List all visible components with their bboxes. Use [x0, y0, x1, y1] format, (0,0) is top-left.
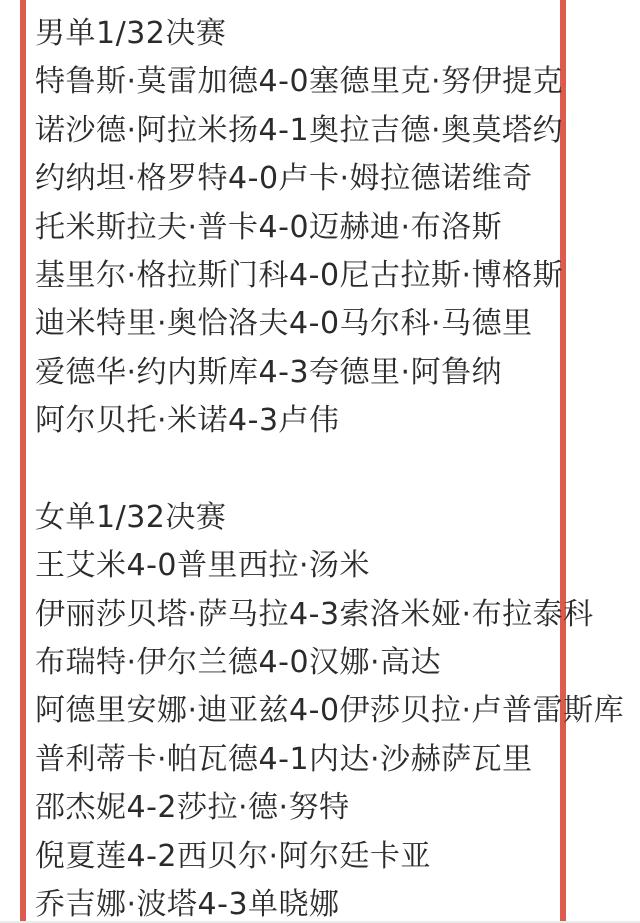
match-result-line: 倪夏莲4-2西贝尔·阿尔廷卡亚	[35, 833, 555, 881]
match-result-line: 基里尔·格拉斯门科4-0尼古拉斯·博格斯	[35, 252, 555, 300]
match-result-line: 爱德华·约内斯库4-3夸德里·阿鲁纳	[35, 349, 555, 397]
match-result-line: 阿尔贝托·米诺4-3卢伟	[35, 397, 555, 445]
match-results-text: 男单1/32决赛特鲁斯·莫雷加德4-0塞德里克·努伊提克诺沙德·阿拉米扬4-1奥…	[35, 10, 555, 923]
match-result-line: 普利蒂卡·帕瓦德4-1内达·沙赫萨瓦里	[35, 736, 555, 784]
quote-border-left	[20, 0, 26, 923]
section-title: 女单1/32决赛	[35, 494, 555, 542]
match-result-line: 邵杰妮4-2莎拉·德·努特	[35, 784, 555, 832]
match-result-line: 托米斯拉夫·普卡4-0迈赫迪·布洛斯	[35, 204, 555, 252]
section-spacer	[35, 446, 555, 494]
match-result-line: 乔吉娜·波塔4-3单晓娜	[35, 881, 555, 923]
article-page: 男单1/32决赛特鲁斯·莫雷加德4-0塞德里克·努伊提克诺沙德·阿拉米扬4-1奥…	[0, 0, 640, 923]
match-result-line: 诺沙德·阿拉米扬4-1奥拉吉德·奥莫塔约	[35, 107, 555, 155]
match-result-line: 约纳坦·格罗特4-0卢卡·姆拉德诺维奇	[35, 155, 555, 203]
match-result-line: 迪米特里·奥恰洛夫4-0马尔科·马德里	[35, 300, 555, 348]
match-result-line: 特鲁斯·莫雷加德4-0塞德里克·努伊提克	[35, 58, 555, 106]
match-result-line: 布瑞特·伊尔兰德4-0汉娜·高达	[35, 639, 555, 687]
match-result-line: 阿德里安娜·迪亚兹4-0伊莎贝拉·卢普雷斯库	[35, 687, 555, 735]
match-result-line: 王艾米4-0普里西拉·汤米	[35, 542, 555, 590]
section-title: 男单1/32决赛	[35, 10, 555, 58]
match-result-line: 伊丽莎贝塔·萨马拉4-3索洛米娅·布拉泰科	[35, 591, 555, 639]
